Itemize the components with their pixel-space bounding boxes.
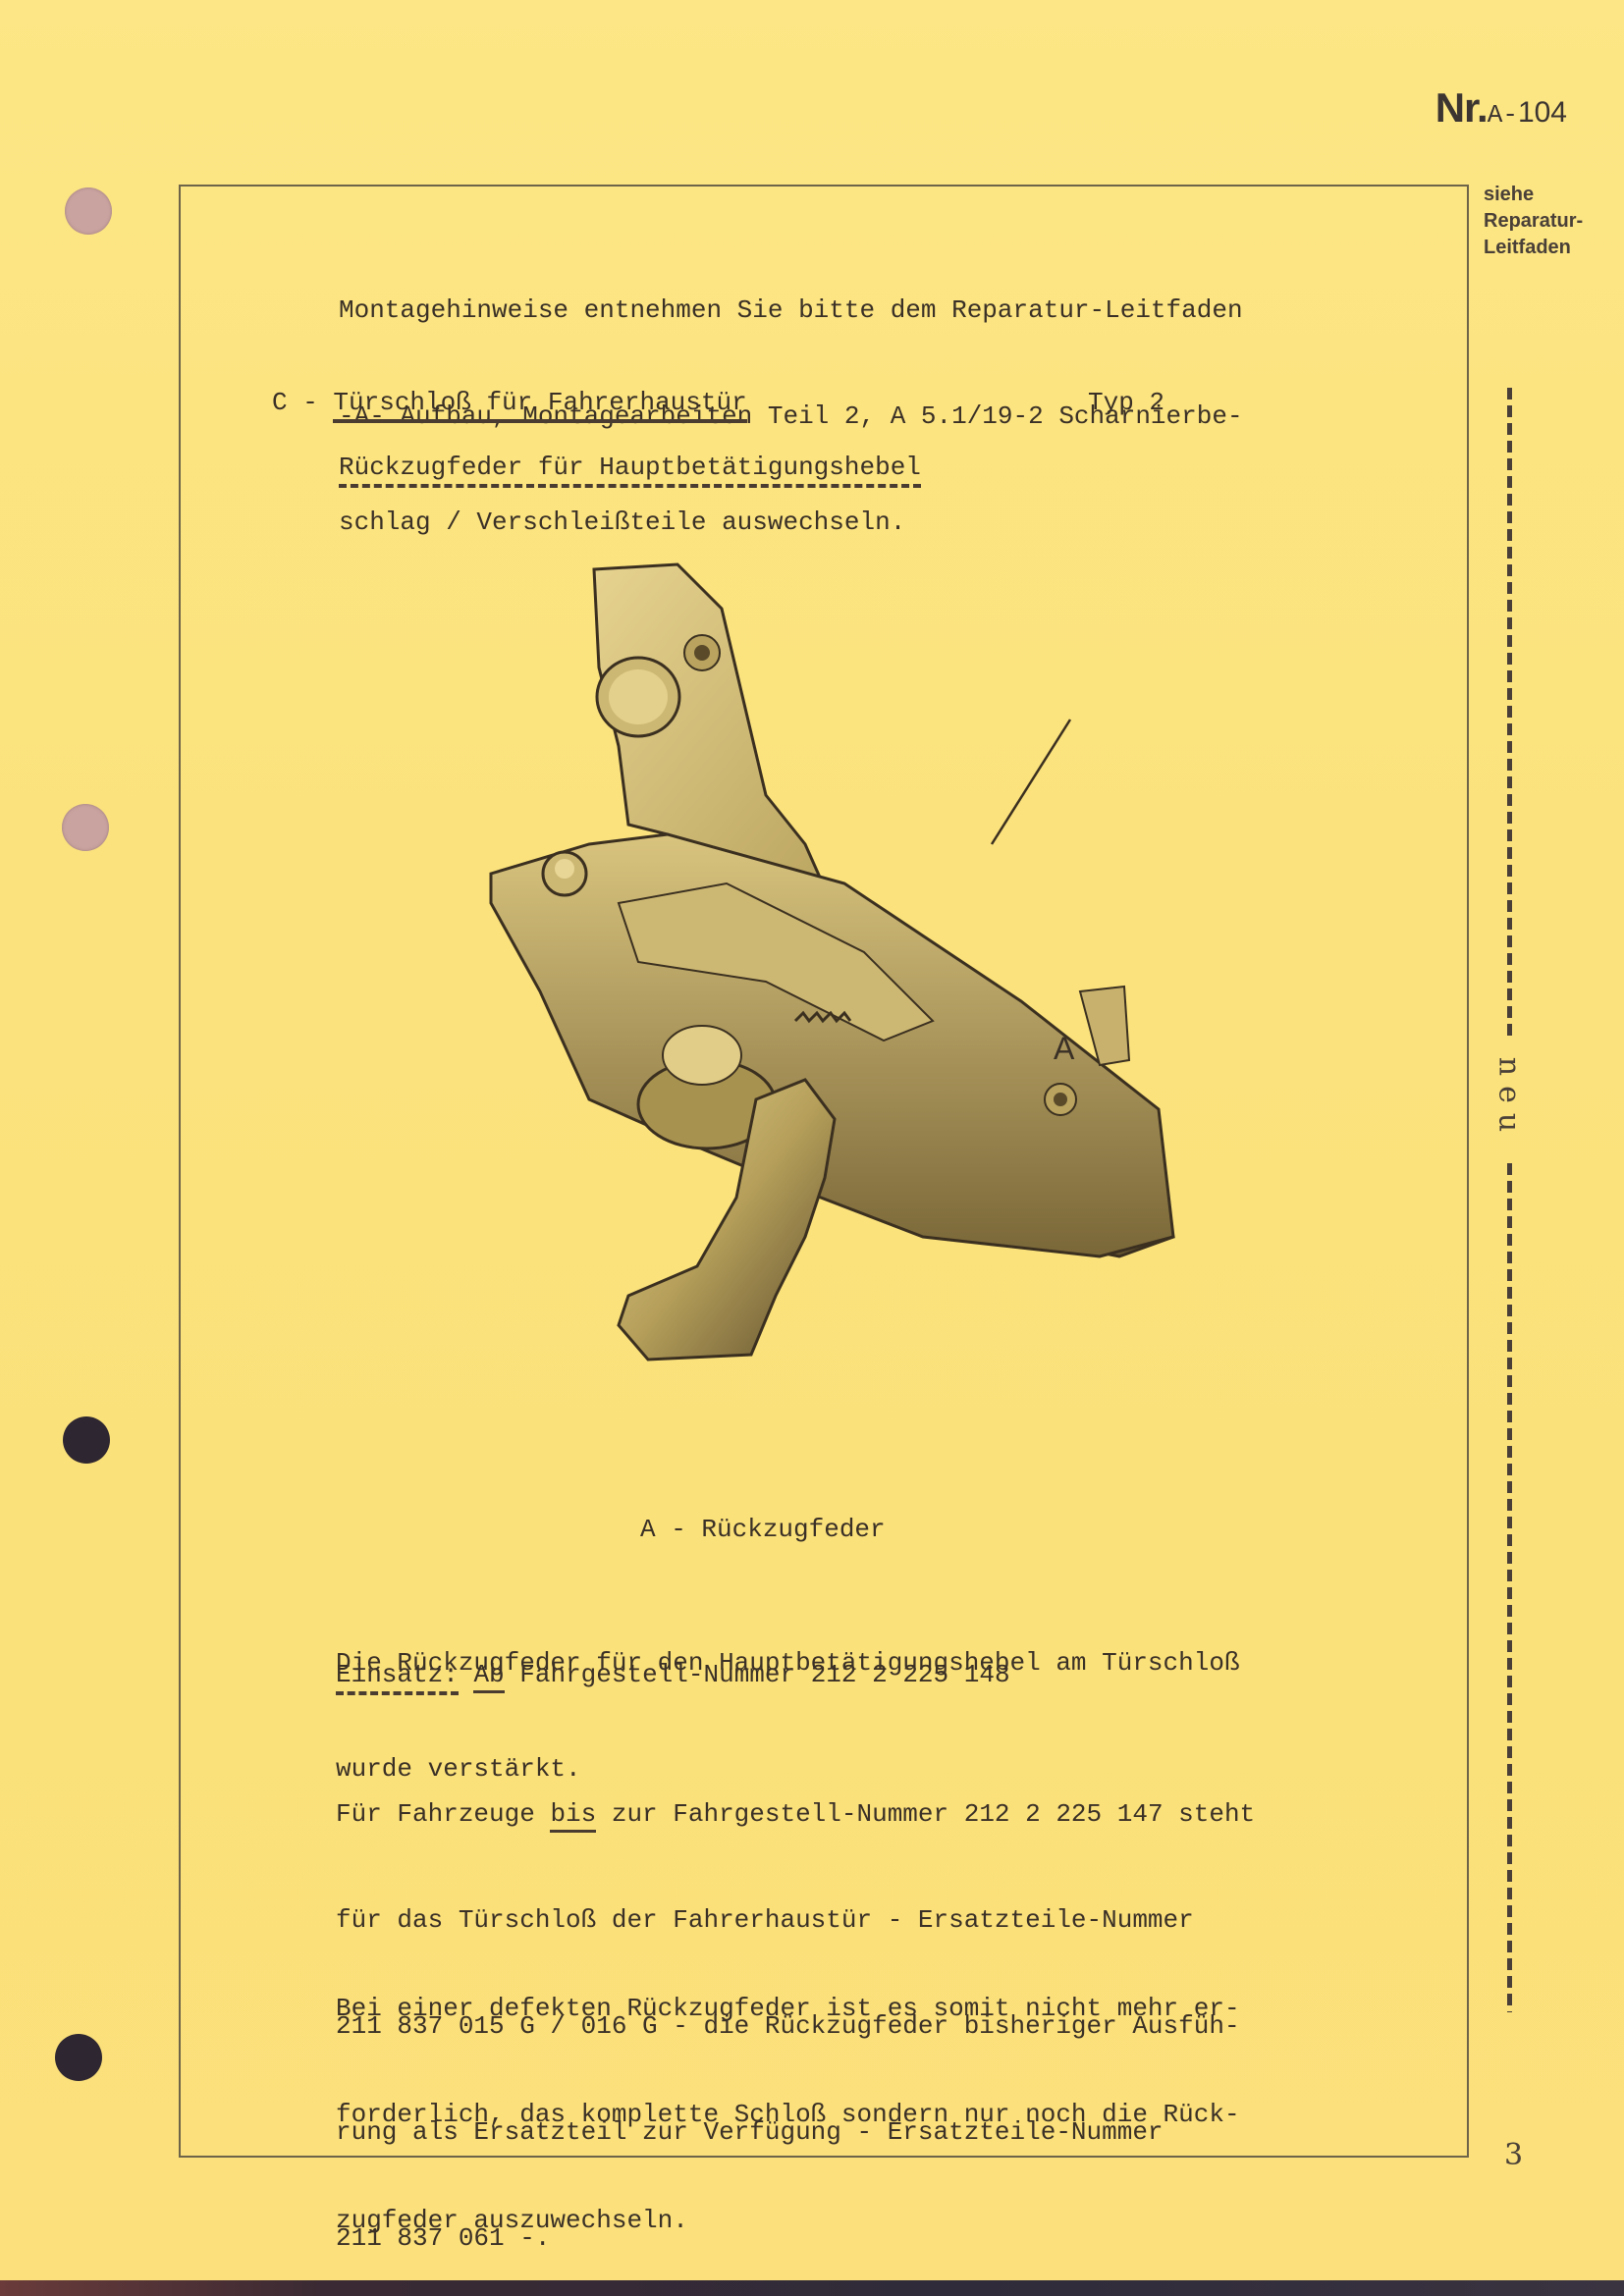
text-line: Bei einer defekten Rückzugfeder ist es s… — [336, 1991, 1240, 2026]
document-number-value: 104 — [1518, 96, 1567, 129]
einsatz-line: Einsatz: Ab Fahrgestell-Nummer 212 2 225… — [336, 1657, 1010, 1692]
text-line: forderlich, das komplette Schloß sondern… — [336, 2097, 1240, 2132]
change-marker: neu — [1489, 1041, 1529, 1158]
margin-reference-line: siehe — [1484, 182, 1583, 208]
document-number-prefix: Nr. — [1435, 84, 1488, 131]
section-title: Türschloß für Fahrerhaustür — [333, 388, 746, 423]
change-bar-bottom — [1507, 1163, 1512, 2012]
section-subtitle-text: Rückzugfeder für Hauptbetätigungshebel — [339, 453, 921, 488]
section-type: Typ 2 — [1088, 385, 1164, 420]
change-bar-top — [1507, 388, 1512, 1036]
text-fragment: zur Fahrgestell-Nummer 212 2 225 147 ste… — [596, 1799, 1255, 1829]
door-lock-illustration — [471, 550, 1198, 1472]
page-number: 3 — [1504, 2138, 1523, 2172]
emphasis-bis: bis — [550, 1799, 596, 1833]
punch-hole — [62, 804, 109, 851]
callout-label-a: A — [1054, 1031, 1074, 1067]
text-line: Montagehinweise entnehmen Sie bitte dem … — [339, 293, 1243, 328]
text-line: schlag / Verschleißteile auswechseln. — [339, 505, 1243, 540]
punch-hole — [55, 2034, 102, 2081]
einsatz-text: Fahrgestell-Nummer 212 2 225 148 — [505, 1660, 1010, 1689]
text-line: Für Fahrzeuge bis zur Fahrgestell-Nummer… — [336, 1796, 1255, 1832]
text-line: zugfeder auszuwechseln. — [336, 2203, 1240, 2238]
document-number-series: A- — [1488, 100, 1518, 130]
einsatz-label: Einsatz: — [336, 1660, 459, 1695]
section-heading: C - Türschloß für Fahrerhaustür — [272, 385, 747, 420]
margin-reference-line: Reparatur- — [1484, 208, 1583, 235]
margin-reference: siehe Reparatur- Leitfaden — [1484, 182, 1583, 261]
einsatz-ab: Ab — [473, 1660, 504, 1693]
punch-hole — [63, 1416, 110, 1464]
document-number: Nr.A-104 — [1435, 84, 1567, 132]
section-letter: C - — [272, 388, 318, 417]
text-fragment: Für Fahrzeuge — [336, 1799, 550, 1829]
change-marker-text: neu — [1492, 1057, 1527, 1142]
body-paragraph-3: Bei einer defekten Rückzugfeder ist es s… — [336, 1920, 1240, 2273]
punch-hole — [65, 187, 112, 235]
section-subtitle: Rückzugfeder für Hauptbetätigungshebel — [339, 450, 921, 485]
figure-caption: A - Rückzugfeder — [640, 1512, 886, 1547]
margin-reference-line: Leitfaden — [1484, 235, 1583, 261]
